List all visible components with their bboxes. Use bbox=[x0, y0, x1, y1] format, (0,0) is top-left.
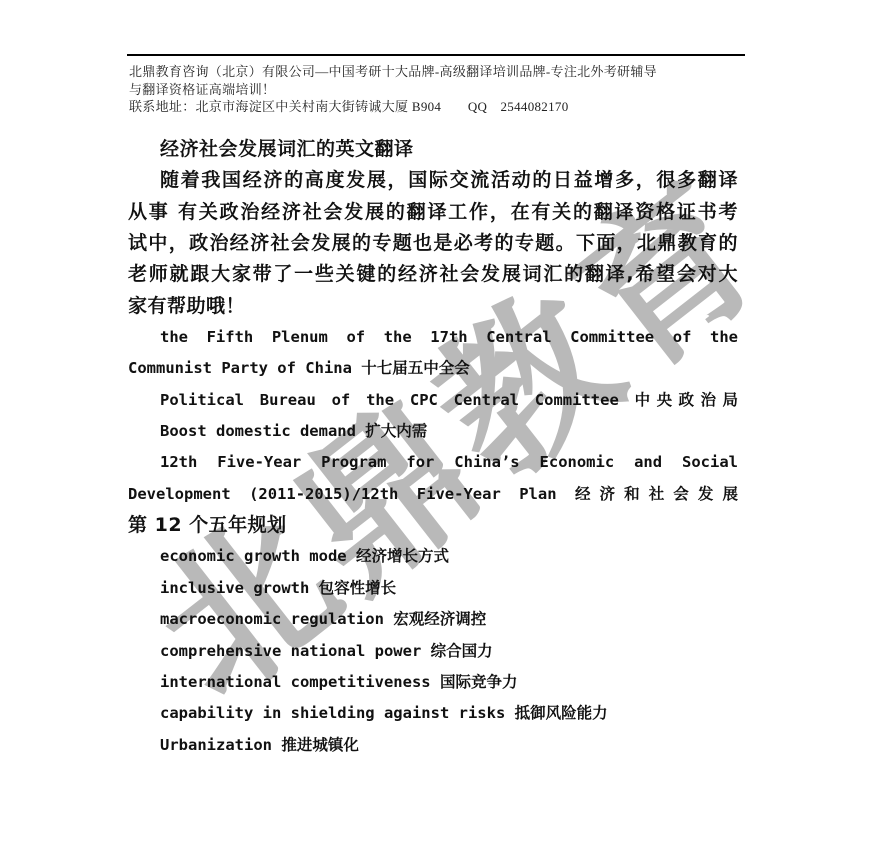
doc-line: 随着我国经济的高度发展，国际交流活动的日益增多，很多翻译 bbox=[128, 165, 738, 196]
document-title: 经济社会发展词汇的英文翻译 bbox=[128, 134, 738, 165]
doc-line: macroeconomic regulation 宏观经济调控 bbox=[128, 604, 738, 635]
doc-line: 老师就跟大家带了一些关键的经济社会发展词汇的翻译,希望会对大 bbox=[128, 259, 738, 290]
doc-line: Political Bureau of the CPC Central Comm… bbox=[128, 385, 738, 416]
doc-line: 试中，政治经济社会发展的专题也是必考的专题。下面，北鼎教育的 bbox=[128, 228, 738, 259]
doc-line: 家有帮助哦！ bbox=[128, 291, 738, 322]
doc-line: Boost domestic demand 扩大内需 bbox=[128, 416, 738, 447]
doc-line: capability in shielding against risks 抵御… bbox=[128, 698, 738, 729]
doc-line: the Fifth Plenum of the 17th Central Com… bbox=[128, 322, 738, 353]
document-body: 经济社会发展词汇的英文翻译 随着我国经济的高度发展，国际交流活动的日益增多，很多… bbox=[128, 134, 738, 761]
document-page: 北鼎教育 北鼎教育咨询（北京）有限公司—中国考研十大品牌-高级翻译培训品牌-专注… bbox=[0, 0, 870, 842]
doc-line: 12th Five-Year Program for China’s Econo… bbox=[128, 447, 738, 478]
header-divider bbox=[127, 54, 745, 56]
doc-line: comprehensive national power 综合国力 bbox=[128, 636, 738, 667]
doc-line: 第 12 个五年规划 bbox=[128, 510, 738, 541]
doc-line: 从事 有关政治经济社会发展的翻译工作，在有关的翻译资格证书考 bbox=[128, 197, 738, 228]
doc-line: Urbanization 推进城镇化 bbox=[128, 730, 738, 761]
doc-line: international competitiveness 国际竞争力 bbox=[128, 667, 738, 698]
doc-line: inclusive growth 包容性增长 bbox=[128, 573, 738, 604]
header-line: 联系地址：北京市海淀区中关村南大街铸诚大厦 B904 QQ 2544082170 bbox=[129, 98, 741, 116]
doc-line: economic growth mode 经济增长方式 bbox=[128, 541, 738, 572]
doc-line: Development (2011-2015)/12th Five-Year P… bbox=[128, 479, 738, 510]
company-header: 北鼎教育咨询（北京）有限公司—中国考研十大品牌-高级翻译培训品牌-专注北外考研辅… bbox=[129, 63, 741, 116]
header-line: 与翻译资格证高端培训！ bbox=[129, 81, 741, 99]
header-line: 北鼎教育咨询（北京）有限公司—中国考研十大品牌-高级翻译培训品牌-专注北外考研辅… bbox=[129, 63, 741, 81]
doc-line: Communist Party of China 十七届五中全会 bbox=[128, 353, 738, 384]
